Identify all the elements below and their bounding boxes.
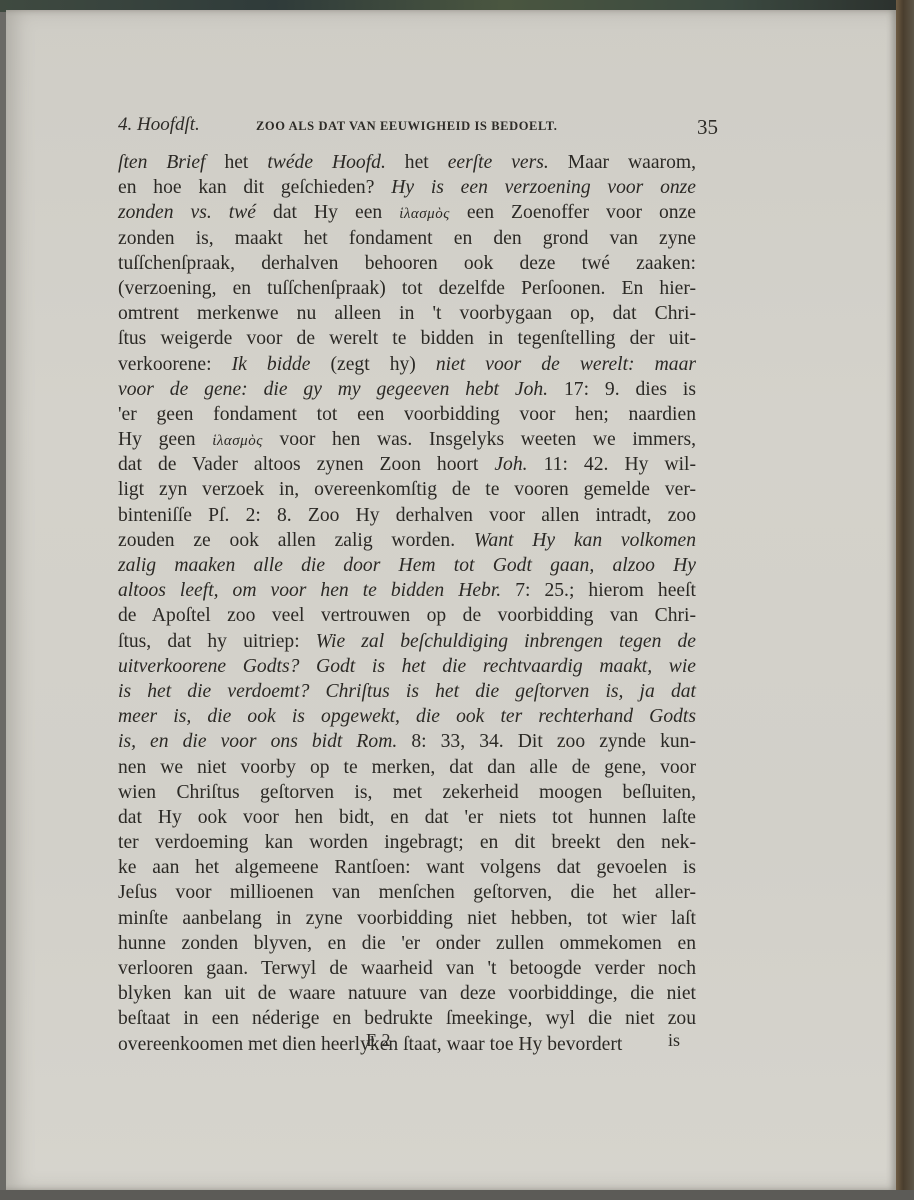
text-line: beſtaat in een néderige en bedrukte ſmee… — [118, 1006, 696, 1031]
text-line: voor de gene: die gy my gegeeven hebt Jo… — [118, 377, 696, 402]
italic-text: ſten Brief — [118, 152, 206, 173]
roman-text: een Zoenoffer voor onze — [450, 202, 696, 223]
italic-text: Wie zal beſchuldiging inbrengen tegen de — [316, 631, 696, 652]
text-line: is, en die voor ons bidt Rom. 8: 33, 34.… — [118, 729, 696, 754]
running-header: 4. Hoofdſt. ZOO ALS DAT VAN EEUWIGHEID I… — [118, 112, 718, 142]
roman-text: voor hen was. Insgelyks weeten we immers… — [263, 429, 696, 450]
text-line: uitverkoorene Godts? Godt is het die rec… — [118, 654, 696, 679]
roman-text: Jeſus voor millioenen van menſchen geſto… — [118, 882, 696, 903]
text-line: ter verdoeming kan worden ingebragt; en … — [118, 830, 696, 855]
page-footer: E 2 is — [118, 1030, 680, 1054]
roman-text: blyken kan uit de waare natuure van deze… — [118, 983, 696, 1004]
greek-word: ἱλασμὸς — [212, 433, 263, 449]
catchword: is — [668, 1030, 680, 1051]
running-title: ZOO ALS DAT VAN EEUWIGHEID IS BEDOELT. — [256, 119, 558, 134]
roman-text: binteniſſe Pſ. 2: 8. Zoo Hy derhalven vo… — [118, 505, 696, 526]
text-line: de Apoſtel zoo veel vertrouwen op de voo… — [118, 603, 696, 628]
text-line: ſtus, dat hy uitriep: Wie zal beſchuldig… — [118, 629, 696, 654]
italic-text: Want Hy kan volkomen — [474, 530, 696, 551]
text-line: wien Chriſtus geſtorven is, met zekerhei… — [118, 780, 696, 805]
text-line: ſtus weigerde voor de werelt te bidden i… — [118, 326, 696, 351]
chapter-reference: 4. Hoofdſt. — [118, 114, 200, 136]
roman-text: het — [206, 152, 268, 173]
italic-text: niet voor de werelt: maar — [436, 354, 696, 375]
roman-text: 'er geen fondament tot een voorbidding v… — [118, 404, 696, 425]
italic-text: zalig maaken alle die door Hem tot Godt … — [118, 555, 696, 576]
text-line: omtrent merkenwe nu alleen in 't voorbyg… — [118, 301, 696, 326]
roman-text: het — [386, 152, 448, 173]
roman-text: verkoorene: — [118, 354, 232, 375]
text-line: ſten Brief het twéde Hoofd. het eerſte v… — [118, 150, 696, 175]
roman-text: omtrent merkenwe nu alleen in 't voorbyg… — [118, 303, 696, 324]
roman-text: 17: 9. dies is — [548, 379, 696, 400]
italic-text: zonden vs. twé — [118, 202, 256, 223]
italic-text: meer is, die ook is opgewekt, die ook te… — [118, 706, 696, 727]
roman-text: beſtaat in een néderige en bedrukte ſmee… — [118, 1008, 696, 1029]
roman-text: ke aan het algemeene Rantſoen: want volg… — [118, 857, 696, 878]
roman-text: verlooren gaan. Terwyl de waarheid van '… — [118, 958, 696, 979]
italic-text: is het die verdoemt? Chriſtus is het die… — [118, 681, 696, 702]
text-line: 'er geen fondament tot een voorbidding v… — [118, 402, 696, 427]
text-line: en hoe kan dit geſchieden? Hy is een ver… — [118, 175, 696, 200]
roman-text: ſtus weigerde voor de werelt te bidden i… — [118, 328, 696, 349]
text-line: zonden vs. twé dat Hy een ἱλασμὸς een Zo… — [118, 200, 696, 225]
text-line: dat Hy ook voor hen bidt, en dat 'er nie… — [118, 805, 696, 830]
roman-text: 7: 25.; hierom heeſt — [501, 580, 696, 601]
text-line: verkoorene: Ik bidde (zegt hy) niet voor… — [118, 352, 696, 377]
text-line: hunne zonden blyven, en die 'er onder zu… — [118, 931, 696, 956]
italic-text: altoos leeft, om voor hen te bidden Hebr… — [118, 580, 501, 601]
roman-text: hunne zonden blyven, en die 'er onder zu… — [118, 933, 696, 954]
roman-text: 11: 42. Hy wil- — [528, 454, 696, 475]
text-line: verlooren gaan. Terwyl de waarheid van '… — [118, 956, 696, 981]
book-bottom-edge — [0, 1190, 914, 1200]
roman-text: dat Hy ook voor hen bidt, en dat 'er nie… — [118, 807, 696, 828]
text-line: altoos leeft, om voor hen te bidden Hebr… — [118, 578, 696, 603]
roman-text: ligt zyn verzoek in, overeenkomſtig de t… — [118, 479, 696, 500]
roman-text: dat Hy een — [256, 202, 399, 223]
italic-text: twéde Hoofd. — [267, 152, 386, 173]
bleed-through-text — [744, 780, 784, 794]
greek-word: ἱλασμὸς — [399, 206, 450, 222]
italic-text: eerſte vers. — [448, 152, 549, 173]
roman-text: Hy geen — [118, 429, 212, 450]
italic-text: uitverkoorene Godts? Godt is het die rec… — [118, 656, 696, 677]
roman-text: minſte aanbelang in zyne voorbidding nie… — [118, 908, 696, 929]
text-line: ke aan het algemeene Rantſoen: want volg… — [118, 855, 696, 880]
text-line: zonden is, maakt het fondament en den gr… — [118, 226, 696, 251]
text-line: binteniſſe Pſ. 2: 8. Zoo Hy derhalven vo… — [118, 503, 696, 528]
roman-text: en hoe kan dit geſchieden? — [118, 177, 391, 198]
italic-text: Ik bidde — [232, 354, 311, 375]
roman-text: de Apoſtel zoo veel vertrouwen op de voo… — [118, 605, 696, 626]
italic-text: Hy is een verzoening voor onze — [391, 177, 696, 198]
text-line: dat de Vader altoos zynen Zoon hoort Joh… — [118, 452, 696, 477]
italic-text: is, en die voor ons bidt Rom. — [118, 731, 397, 752]
text-line: is het die verdoemt? Chriſtus is het die… — [118, 679, 696, 704]
text-line: nen we niet voorby op te merken, dat dan… — [118, 755, 696, 780]
text-line: zouden ze ook allen zalig worden. Want H… — [118, 528, 696, 553]
page-number: 35 — [697, 115, 718, 140]
text-line: Hy geen ἱλασμὸς voor hen was. Insgelyks … — [118, 427, 696, 452]
roman-text: (verzoening, en tuſſchenſpraak) tot deze… — [118, 278, 696, 299]
roman-text: 8: 33, 34. Dit zoo zynde kun- — [397, 731, 696, 752]
italic-text: voor de gene: die gy my gegeeven hebt Jo… — [118, 379, 548, 400]
roman-text: ter verdoeming kan worden ingebragt; en … — [118, 832, 696, 853]
body-text: ſten Brief het twéde Hoofd. het eerſte v… — [118, 150, 696, 1057]
roman-text: ſtus, dat hy uitriep: — [118, 631, 316, 652]
text-line: Jeſus voor millioenen van menſchen geſto… — [118, 880, 696, 905]
roman-text: nen we niet voorby op te merken, dat dan… — [118, 757, 696, 778]
italic-text: Joh. — [494, 454, 527, 475]
book-right-edge — [896, 0, 914, 1200]
roman-text: Maar waarom, — [549, 152, 696, 173]
text-line: meer is, die ook is opgewekt, die ook te… — [118, 704, 696, 729]
signature-mark: E 2 — [366, 1030, 391, 1051]
roman-text: zonden is, maakt het fondament en den gr… — [118, 228, 696, 249]
text-line: (verzoening, en tuſſchenſpraak) tot deze… — [118, 276, 696, 301]
roman-text: dat de Vader altoos zynen Zoon hoort — [118, 454, 494, 475]
roman-text: zouden ze ook allen zalig worden. — [118, 530, 474, 551]
text-line: tuſſchenſpraak, derhalven behooren ook d… — [118, 251, 696, 276]
roman-text: tuſſchenſpraak, derhalven behooren ook d… — [118, 253, 696, 274]
text-line: minſte aanbelang in zyne voorbidding nie… — [118, 906, 696, 931]
roman-text: wien Chriſtus geſtorven is, met zekerhei… — [118, 782, 696, 803]
text-line: zalig maaken alle die door Hem tot Godt … — [118, 553, 696, 578]
text-line: blyken kan uit de waare natuure van deze… — [118, 981, 696, 1006]
roman-text: (zegt hy) — [310, 354, 435, 375]
text-line: ligt zyn verzoek in, overeenkomſtig de t… — [118, 477, 696, 502]
